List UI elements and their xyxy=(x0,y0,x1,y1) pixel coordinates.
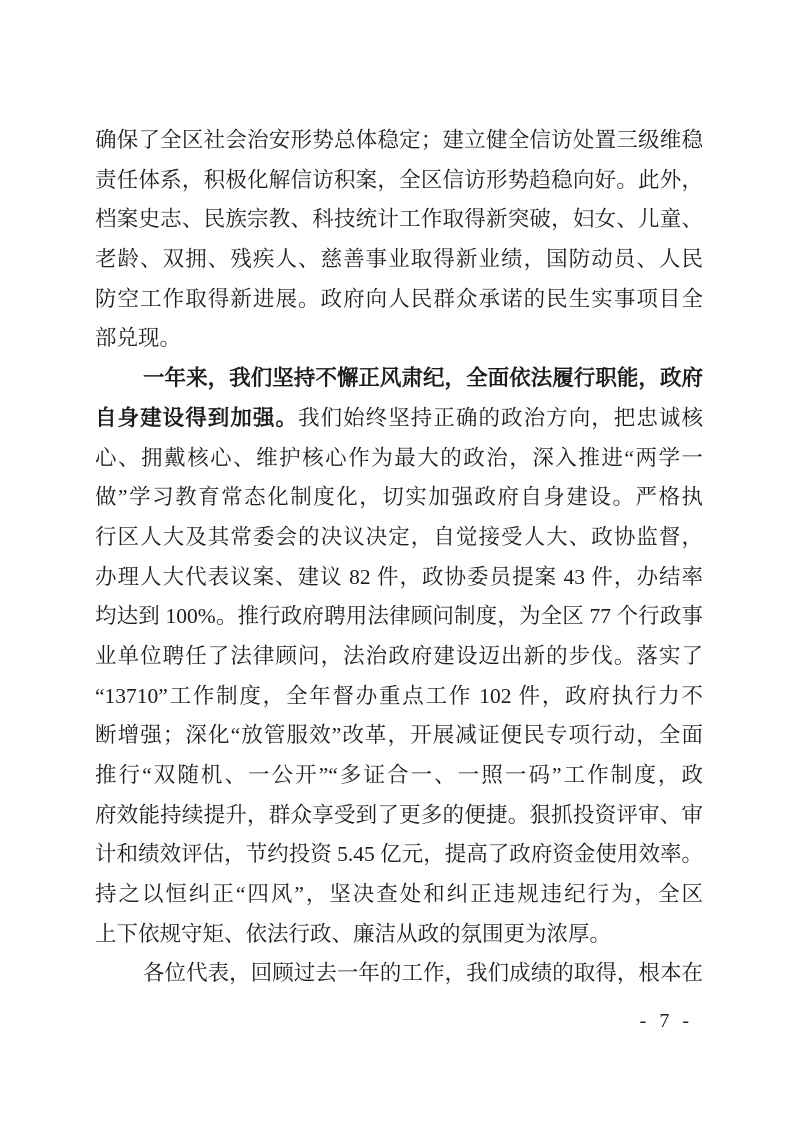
text-line-11: 行区人大及其常委会的决议决定，自觉接受人大、政协监督， xyxy=(95,518,703,558)
text-segment: 各位代表，回顾过去一年的工作，我们成绩的取得，根本在 xyxy=(143,961,703,985)
text-segment: 上下依规守矩、依法行政、廉洁从政的氛围更为浓厚。 xyxy=(95,922,611,946)
text-line-20: 持之以恒纠正“四风”，坚决查处和纠正违规违纪行为，全区 xyxy=(95,875,703,915)
text-line-9: 心、拥戴核心、维护核心作为最大的政治，深入推进“两学一 xyxy=(95,439,703,479)
text-segment: 档案史志、民族宗教、科技统计工作取得新突破，妇女、儿童、 xyxy=(95,207,703,231)
text-segment: 办理人大代表议案、建议 82 件，政协委员提案 43 件，办结率 xyxy=(95,565,703,589)
text-segment: “13710”工作制度，全年督办重点工作 102 件，政府执行力不 xyxy=(95,684,703,708)
text-line-17: 推行“双随机、一公开”“多证合一、一照一码”工作制度，政 xyxy=(95,756,703,796)
text-segment: 计和绩效评估，节约投资 5.45 亿元，提高了政府资金使用效率。 xyxy=(95,842,703,866)
text-segment: 持之以恒纠正“四风”，坚决查处和纠正违规违纪行为，全区 xyxy=(95,882,703,906)
text-line-21: 上下依规守矩、依法行政、廉洁从政的氛围更为浓厚。 xyxy=(95,915,703,955)
bold-text-segment: 一年来，我们坚持不懈正风肃纪，全面依法履行职能，政府 xyxy=(143,366,703,390)
text-segment: 部兑现。 xyxy=(95,326,181,350)
text-line-7: 一年来，我们坚持不懈正风肃纪，全面依法履行职能，政府 xyxy=(95,359,703,399)
text-line-3: 档案史志、民族宗教、科技统计工作取得新突破，妇女、儿童、 xyxy=(95,200,703,240)
text-line-12: 办理人大代表议案、建议 82 件，政协委员提案 43 件，办结率 xyxy=(95,558,703,598)
text-line-13: 均达到 100%。推行政府聘用法律顾问制度，为全区 77 个行政事 xyxy=(95,597,703,637)
text-segment: 行区人大及其常委会的决议决定，自觉接受人大、政协监督， xyxy=(95,525,703,549)
text-line-8: 自身建设得到加强。我们始终坚持正确的政治方向，把忠诚核 xyxy=(95,399,703,439)
text-segment: 责任体系，积极化解信访积案，全区信访形势趋稳向好。此外， xyxy=(95,168,703,192)
text-segment: 确保了全区社会治安形势总体稳定；建立健全信访处置三级维稳 xyxy=(95,128,703,152)
text-line-14: 业单位聘任了法律顾问，法治政府建设迈出新的步伐。落实了 xyxy=(95,637,703,677)
text-segment: 断增强；深化“放管服效”改革，开展减证便民专项行动，全面 xyxy=(95,723,703,747)
text-line-10: 做”学习教育常态化制度化，切实加强政府自身建设。严格执 xyxy=(95,478,703,518)
text-segment: 做”学习教育常态化制度化，切实加强政府自身建设。严格执 xyxy=(95,485,703,509)
text-segment: 推行“双随机、一公开”“多证合一、一照一码”工作制度，政 xyxy=(95,763,703,787)
document-body: 确保了全区社会治安形势总体稳定；建立健全信访处置三级维稳责任体系，积极化解信访积… xyxy=(95,121,703,994)
text-line-2: 责任体系，积极化解信访积案，全区信访形势趋稳向好。此外， xyxy=(95,161,703,201)
text-segment: 老龄、双拥、残疾人、慈善事业取得新业绩，国防动员、人民 xyxy=(95,247,703,271)
text-segment: 我们始终坚持正确的政治方向，把忠诚核 xyxy=(298,406,703,430)
text-segment: 防空工作取得新进展。政府向人民群众承诺的民生实事项目全 xyxy=(95,287,703,311)
document-page: 确保了全区社会治安形势总体稳定；建立健全信访处置三级维稳责任体系，积极化解信访积… xyxy=(0,0,793,1122)
text-segment: 均达到 100%。推行政府聘用法律顾问制度，为全区 77 个行政事 xyxy=(95,604,703,628)
text-segment: 府效能持续提升，群众享受到了更多的便捷。狠抓投资评审、审 xyxy=(95,803,703,827)
text-segment: 心、拥戴核心、维护核心作为最大的政治，深入推进“两学一 xyxy=(95,446,703,470)
page-number: - 7 - xyxy=(640,1010,693,1032)
text-line-16: 断增强；深化“放管服效”改革，开展减证便民专项行动，全面 xyxy=(95,716,703,756)
text-line-19: 计和绩效评估，节约投资 5.45 亿元，提高了政府资金使用效率。 xyxy=(95,835,703,875)
bold-text-segment: 自身建设得到加强。 xyxy=(95,406,298,430)
text-line-1: 确保了全区社会治安形势总体稳定；建立健全信访处置三级维稳 xyxy=(95,121,703,161)
text-segment: 业单位聘任了法律顾问，法治政府建设迈出新的步伐。落实了 xyxy=(95,644,703,668)
text-line-22: 各位代表，回顾过去一年的工作，我们成绩的取得，根本在 xyxy=(95,954,703,994)
text-line-5: 防空工作取得新进展。政府向人民群众承诺的民生实事项目全 xyxy=(95,280,703,320)
text-line-18: 府效能持续提升，群众享受到了更多的便捷。狠抓投资评审、审 xyxy=(95,796,703,836)
text-line-15: “13710”工作制度，全年督办重点工作 102 件，政府执行力不 xyxy=(95,677,703,717)
text-line-4: 老龄、双拥、残疾人、慈善事业取得新业绩，国防动员、人民 xyxy=(95,240,703,280)
text-line-6: 部兑现。 xyxy=(95,319,703,359)
